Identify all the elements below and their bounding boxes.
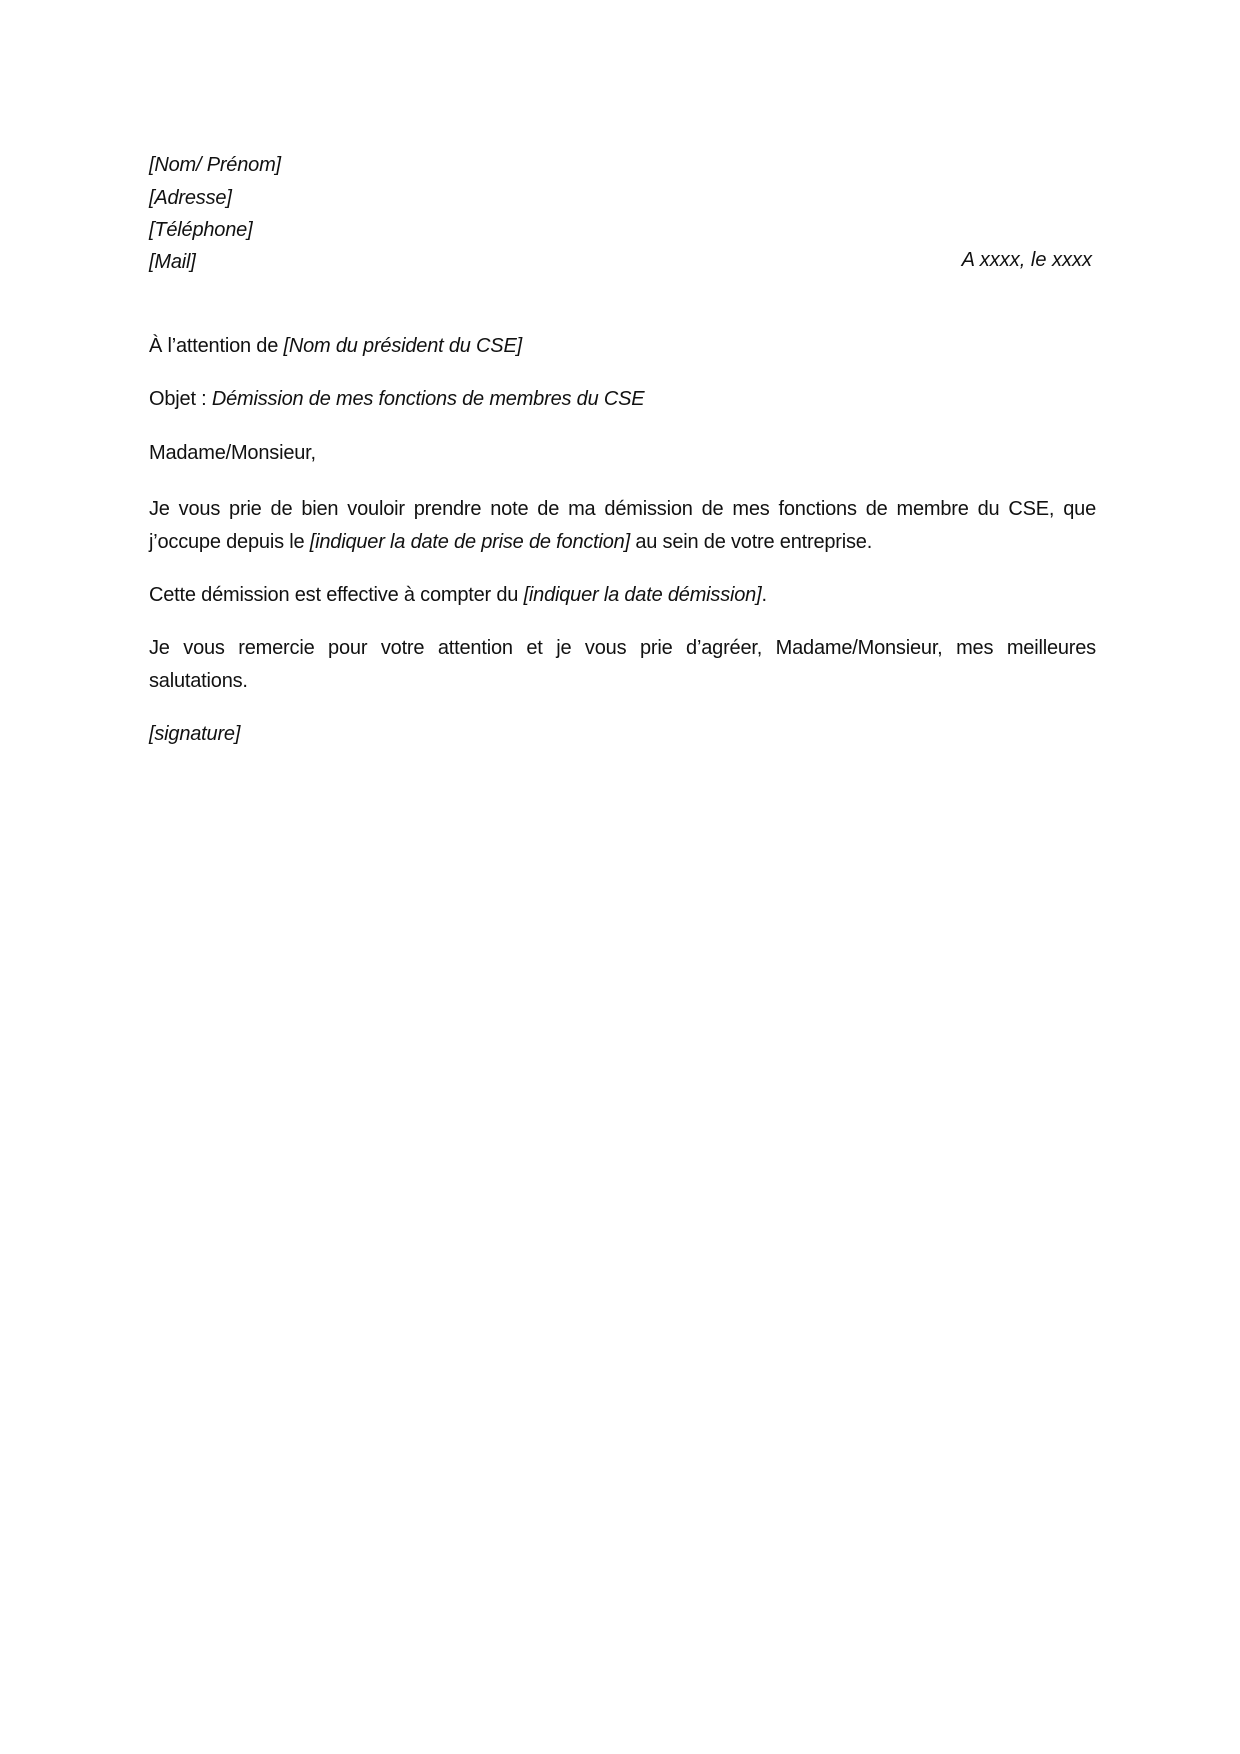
place-and-date: A xxxx, le xxxx xyxy=(962,248,1092,272)
paragraph-3-line-1: Je vous remercie pour votre attention et… xyxy=(149,636,1096,660)
recipient-name: [Nom du président du CSE] xyxy=(283,335,521,357)
subject-label: Objet : xyxy=(149,388,212,410)
sender-address: [Adresse] xyxy=(149,186,232,210)
paragraph-3-line-2: salutations. xyxy=(149,669,248,693)
subject-line: Objet : Démission de mes fonctions de me… xyxy=(149,387,644,411)
letter-page: [Nom/ Prénom] [Adresse] [Téléphone] [Mai… xyxy=(0,0,1240,1754)
recipient-line: À l’attention de [Nom du président du CS… xyxy=(149,334,522,358)
signature-placeholder: [signature] xyxy=(149,722,240,746)
paragraph-1-text-before: j’occupe depuis le xyxy=(149,531,310,553)
paragraph-2-text-after: . xyxy=(761,584,766,606)
paragraph-2-text-before: Cette démission est effective à compter … xyxy=(149,584,524,606)
sender-email: [Mail] xyxy=(149,250,196,274)
sender-phone: [Téléphone] xyxy=(149,218,252,242)
recipient-prefix: À l’attention de xyxy=(149,335,283,357)
start-date-placeholder: [indiquer la date de prise de fonction] xyxy=(310,531,630,553)
sender-name: [Nom/ Prénom] xyxy=(149,153,281,177)
subject-text: Démission de mes fonctions de membres du… xyxy=(212,388,645,410)
paragraph-2: Cette démission est effective à compter … xyxy=(149,583,767,607)
paragraph-1-line-2: j’occupe depuis le [indiquer la date de … xyxy=(149,530,872,554)
paragraph-1-line-1: Je vous prie de bien vouloir prendre not… xyxy=(149,497,1096,521)
paragraph-1-text-after: au sein de votre entreprise. xyxy=(630,531,872,553)
salutation: Madame/Monsieur, xyxy=(149,441,316,465)
resignation-date-placeholder: [indiquer la date démission] xyxy=(524,584,762,606)
